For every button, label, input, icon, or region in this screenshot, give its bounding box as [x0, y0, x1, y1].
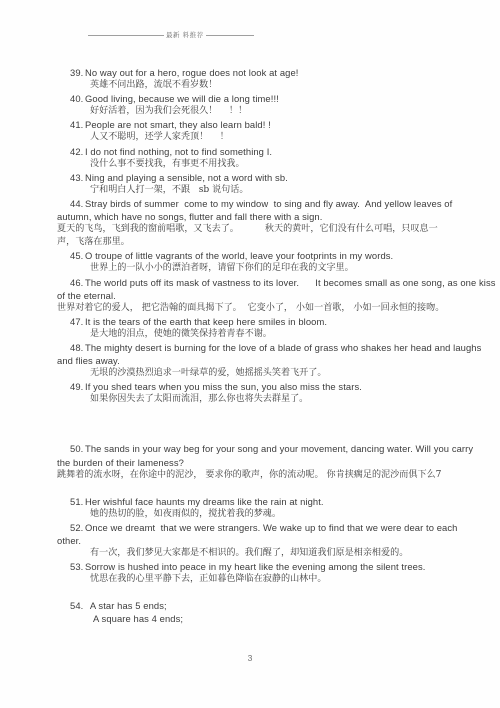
quote-item: 47.It is the tears of the earth that kee…: [57, 315, 449, 341]
quote-text: It is the tears of the earth that keep h…: [85, 316, 327, 327]
quote-english-line: 49.If you shed tears when you miss the s…: [57, 380, 449, 393]
quote-item: 50.The sands in your way beg for your so…: [57, 442, 449, 481]
quote-english-line: 43.Ning and playing a sensible, not a wo…: [57, 171, 449, 184]
quote-item: 40.Good living, because we will die a lo…: [57, 92, 449, 118]
quote-chinese-line: 无垠的沙漠热烈追求一叶绿草的爱，她摇摇头笑着飞开了。: [57, 367, 449, 380]
quote-text: I do not find nothing, not to find somet…: [85, 146, 272, 157]
quote-english-line: 39.No way out for a hero, rogue does not…: [57, 66, 449, 79]
quote-item: 43.Ning and playing a sensible, not a wo…: [57, 171, 449, 197]
quote-english-line: 48.The mighty desert is burning for the …: [57, 341, 449, 354]
quote-text: Once we dreamt that we were strangers. W…: [85, 522, 457, 533]
quote-text: If you shed tears when you miss the sun,…: [85, 381, 362, 392]
quote-chinese-line: 忧思在我的心里平静下去，正如暮色降临在寂静的山林中。: [57, 573, 449, 586]
quote-item: 54. A star has 5 ends;A square has 4 end…: [57, 599, 449, 625]
quote-chinese-line: 跳舞着的流水呀，在你途中的泥沙， 要求你的歌声，你的流动呢。 你肯挟瘸足的泥沙而…: [57, 469, 449, 482]
quote-item: 41.People are not smart, they also learn…: [57, 118, 449, 144]
quote-number: 41.: [70, 118, 85, 131]
quote-number: 46.: [70, 276, 85, 289]
quote-text: O troupe of little vagrants of the world…: [85, 250, 393, 261]
quote-english-line: 47.It is the tears of the earth that kee…: [57, 315, 449, 328]
quote-continuation-line: of the eternal.: [57, 289, 449, 302]
quote-item: 39.No way out for a hero, rogue does not…: [57, 66, 449, 92]
page-number: 3: [0, 653, 500, 663]
quote-number: 45.: [70, 249, 85, 262]
quote-english-line: 54. A star has 5 ends;: [57, 599, 449, 612]
quote-english-line: 40.Good living, because we will die a lo…: [57, 92, 449, 105]
quote-text: A star has 5 ends;: [85, 600, 167, 611]
quote-number: 50.: [70, 442, 85, 455]
quote-english-line: 45.O troupe of little vagrants of the wo…: [57, 249, 449, 262]
quote-text: Good living, because we will die a long …: [85, 93, 279, 104]
quote-number: 39.: [70, 66, 85, 79]
quote-english-line: 50.The sands in your way beg for your so…: [57, 442, 449, 455]
quote-text: No way out for a hero, rogue does not lo…: [85, 67, 298, 78]
quote-item: 52.Once we dreamt that we were strangers…: [57, 521, 449, 560]
quote-number: 40.: [70, 92, 85, 105]
quote-number: 44.: [70, 197, 85, 210]
quote-chinese-line: 如果你因失去了太阳而流泪，那么你也将失去群星了。: [57, 393, 449, 406]
quote-text: Ning and playing a sensible, not a word …: [85, 172, 288, 183]
quote-english-line: 52.Once we dreamt that we were strangers…: [57, 521, 449, 534]
quote-number: 42.: [70, 145, 85, 158]
quote-text: Her wishful face haunts my dreams like t…: [85, 496, 324, 507]
quote-continuation-line: A square has 4 ends;: [57, 612, 449, 625]
quote-item: 51.Her wishful face haunts my dreams lik…: [57, 495, 449, 521]
quote-number: 53.: [70, 560, 85, 573]
quote-english-line: 42.I do not find nothing, not to find so…: [57, 145, 449, 158]
document-page: 最新 料推荐 39.No way out for a hero, rogue d…: [0, 0, 500, 708]
quote-chinese-line: 夏天的飞鸟，飞到我的窗前唱歌，又飞去了。 秋天的黄叶，它们没有什么可唱，只叹息一: [57, 223, 449, 236]
quote-number: 48.: [70, 341, 85, 354]
quote-chinese-line: 有一次，我们梦见大家都是不相识的。我们醒了，却知道我们原是相亲相爱的。: [57, 547, 449, 560]
quote-number: 52.: [70, 521, 85, 534]
quote-text: The mighty desert is burning for the lov…: [85, 342, 481, 353]
quote-item: 45.O troupe of little vagrants of the wo…: [57, 249, 449, 275]
quote-chinese-line: 声，飞落在那里。: [57, 236, 449, 249]
header-rule-right: [206, 35, 254, 36]
quote-item: 49.If you shed tears when you miss the s…: [57, 380, 449, 406]
quote-item: 42.I do not find nothing, not to find so…: [57, 145, 449, 171]
header-title: 最新 料推荐: [164, 31, 206, 39]
quote-chinese-line: 她的热切的脸，如夜雨似的，搅扰着我的梦魂。: [57, 508, 449, 521]
quote-continuation-line: and flies away.: [57, 354, 449, 367]
quote-chinese-line: 好好活着，因为我们会死很久！ ！！: [57, 105, 449, 118]
quote-item: 53.Sorrow is hushed into peace in my hea…: [57, 560, 449, 586]
quote-item: 48.The mighty desert is burning for the …: [57, 341, 449, 380]
quote-english-line: 53.Sorrow is hushed into peace in my hea…: [57, 560, 449, 573]
quote-number: 47.: [70, 315, 85, 328]
quote-list: 39.No way out for a hero, rogue does not…: [57, 66, 449, 626]
header-rule-left: [88, 35, 164, 36]
quote-chinese-line: 人又不聪明，还学人家秃顶！ ！: [57, 131, 449, 144]
quote-number: 54.: [70, 599, 85, 612]
quote-text: Stray birds of summer come to my window …: [85, 198, 452, 209]
quote-item: 44.Stray birds of summer come to my wind…: [57, 197, 449, 249]
quote-number: 43.: [70, 171, 85, 184]
quote-chinese-line: 世界上的一队小小的漂泊者呀，请留下你们的足印在我的文字里。: [57, 262, 449, 275]
page-header: 最新 料推荐: [88, 31, 254, 39]
quote-text: The world puts off its mask of vastness …: [85, 277, 496, 288]
quote-chinese-line: 英雄不问出路，流氓不看岁数！: [57, 79, 449, 92]
quote-text: The sands in your way beg for your song …: [85, 443, 473, 454]
quote-text: People are not smart, they also learn ba…: [85, 119, 271, 130]
quote-number: 49.: [70, 380, 85, 393]
quote-number: 51.: [70, 495, 85, 508]
quote-continuation-line: the burden of their lameness?: [57, 456, 449, 469]
quote-chinese-line: 宁和明白人打一架，不跟 sb 说句话。: [57, 184, 449, 197]
quote-item: 46.The world puts off its mask of vastne…: [57, 276, 449, 315]
quote-continuation-line: autumn, which have no songs, flutter and…: [57, 210, 449, 223]
quote-english-line: 44.Stray birds of summer come to my wind…: [57, 197, 449, 210]
quote-continuation-line: other.: [57, 534, 449, 547]
quote-chinese-line: 是大地的泪点，使她的微笑保持着青春不谢。: [57, 328, 449, 341]
quote-chinese-line: 没什么事不要找我，有事更不用找我。: [57, 158, 449, 171]
quote-english-line: 51.Her wishful face haunts my dreams lik…: [57, 495, 449, 508]
quote-english-line: 46.The world puts off its mask of vastne…: [57, 276, 449, 289]
quote-chinese-line: 世界对着它的爱人， 把它浩翰的面具揭下了。 它变小了， 小如一首歌， 小如一回永…: [57, 302, 449, 315]
quote-english-line: 41.People are not smart, they also learn…: [57, 118, 449, 131]
quote-text: Sorrow is hushed into peace in my heart …: [85, 561, 425, 572]
